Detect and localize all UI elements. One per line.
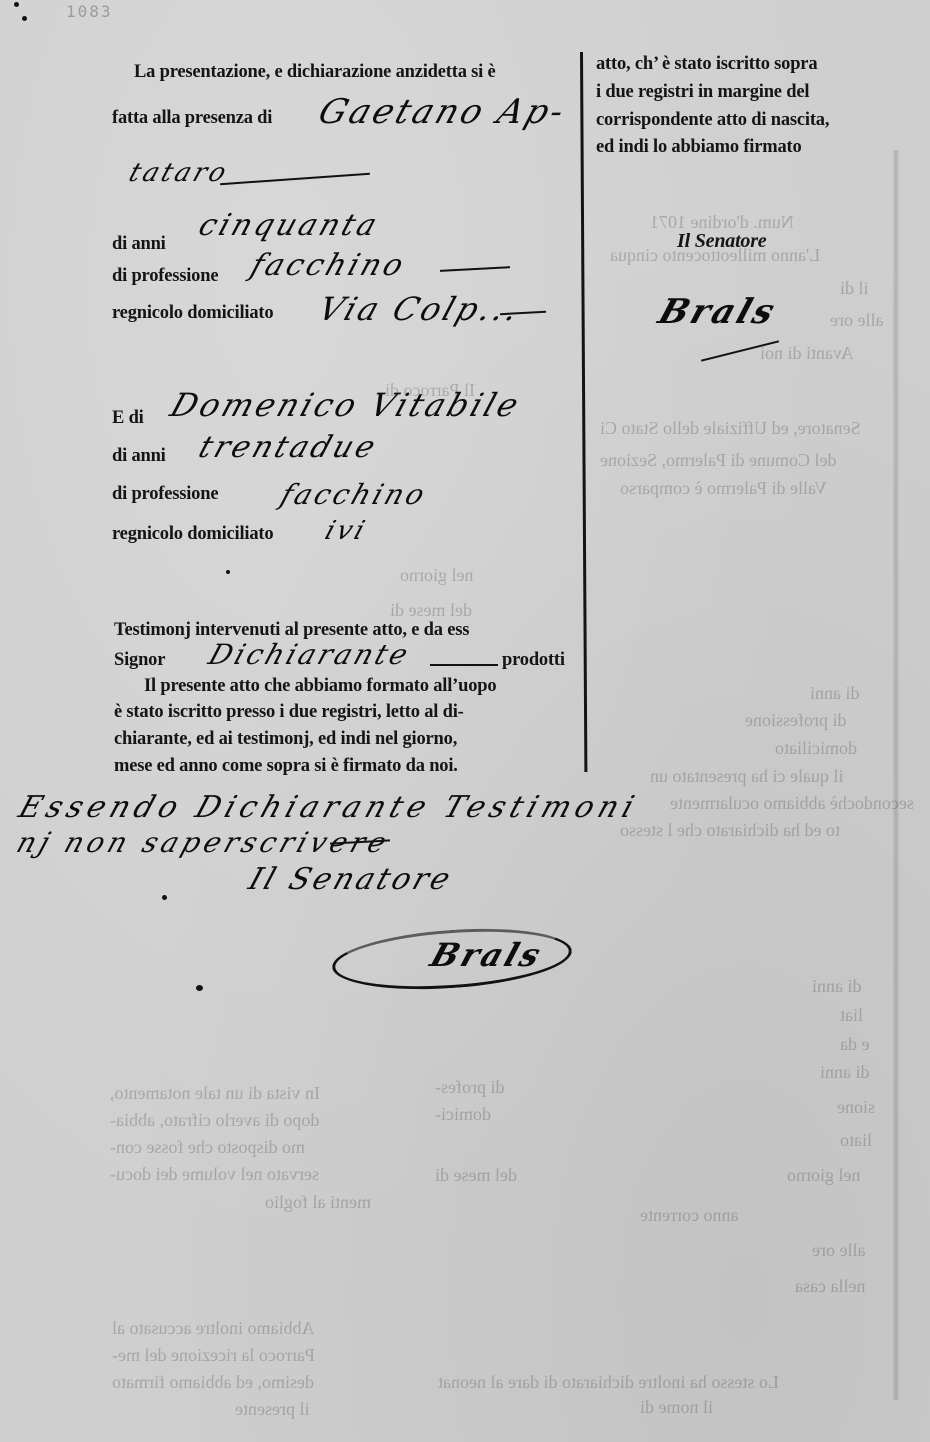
bleed-line: In vista di un tale notamento, — [110, 1083, 320, 1104]
senator-signature: Brals — [426, 936, 548, 974]
age-label: di anni — [112, 234, 166, 255]
witness-2-profession-handwritten: facchino — [277, 478, 432, 511]
signatory-title: Il Senatore — [677, 230, 766, 253]
witness-1-name-handwritten: Gaetano Ap- — [314, 92, 572, 132]
closing-line: chiarante, ed ai testimonj, ed indi nel … — [114, 729, 457, 750]
profession-label: di professione — [112, 484, 218, 505]
witness-1-age-handwritten: cinquanta — [194, 208, 384, 243]
page-number: 1083 — [66, 2, 113, 21]
bleed-line: mo disposto che fosse con- — [110, 1137, 305, 1158]
bleed-line: del mese di — [390, 600, 472, 621]
page-edge-strip — [893, 150, 899, 1400]
bleed-line: Lo stesso ha inoltre dichiarato di dare … — [438, 1372, 779, 1393]
witness-1-domicile-handwritten: Via Colp... — [314, 290, 526, 328]
signor-label: Signor — [114, 650, 165, 671]
document-page: 1083 Num. d'ordine 1071 L'anno milleotto… — [0, 0, 930, 1442]
bleed-line: di professione — [745, 710, 846, 731]
bleed-line: domiciliato — [775, 738, 857, 759]
bleed-line: Avanti di noi — [760, 343, 854, 364]
bleed-line: desimo, ed abbiamo firmato — [112, 1372, 314, 1393]
bleed-line: liat — [840, 1005, 863, 1026]
declarant-handwritten: Dichiarante — [205, 638, 415, 671]
witness-2-domicile-handwritten: ivi — [321, 516, 371, 546]
witness-2-name-handwritten: Domenico Vitabile — [166, 386, 526, 424]
senator-signature: Brals — [654, 292, 783, 332]
right-line: corrispondente atto di nascita, — [596, 110, 829, 131]
bleed-line: servato nel volume dei docu- — [110, 1164, 319, 1185]
bleed-line: nella casa — [795, 1276, 865, 1297]
ink-speck — [22, 16, 27, 21]
bleed-line: Valle di Palermo è comparso — [620, 478, 827, 499]
age-label: di anni — [112, 446, 166, 467]
bleed-line: secondochè abbiamo ocularmente — [670, 793, 914, 814]
bleed-line: nel giorno — [787, 1165, 861, 1186]
annotation-handwritten: Essendo Dichiarante Testimoni — [14, 790, 643, 825]
bleed-line: dopo di averlo cifrato, abbia- — [110, 1110, 319, 1131]
fill-line — [220, 173, 370, 185]
witness-1-name-handwritten-cont: tataro — [125, 158, 233, 188]
right-line: ed indi lo abbiamo firmato — [596, 137, 802, 158]
bleed-line: il di — [840, 278, 869, 299]
closing-line: Il presente atto che abbiamo formato all… — [144, 676, 496, 697]
closing-line: mese ed anno come sopra si è firmato da … — [114, 756, 458, 777]
bleed-line: anno corrente — [640, 1205, 738, 1226]
bleed-line: di anni — [812, 976, 862, 997]
bleed-line: nel giorno — [400, 565, 474, 586]
ink-speck — [162, 895, 167, 900]
domicile-label: regnicolo domiciliato — [112, 524, 273, 545]
bleed-line: il presente — [235, 1399, 309, 1420]
fill-line — [440, 266, 510, 272]
bleed-line: domici- — [435, 1104, 491, 1125]
intro-line: fatta alla presenza di — [112, 108, 272, 129]
bleed-line: di anni — [820, 1062, 870, 1083]
profession-label: di professione — [112, 266, 218, 287]
prodotti-label: prodotti — [502, 650, 565, 671]
bleed-line: del Comune di Palermo, Sezione — [600, 450, 836, 471]
witness-2-intro-label: E di — [112, 408, 144, 429]
bleed-line: sione — [837, 1097, 875, 1118]
bleed-line: to ed ha dichiarato che l stesso — [620, 820, 840, 841]
bleed-line: di profes- — [435, 1077, 504, 1098]
right-line: atto, ch’ è stato iscritto sopra — [596, 54, 817, 75]
bleed-line: il quale ci ha presentato un — [650, 766, 843, 787]
bleed-line: del mese di — [435, 1165, 517, 1186]
intro-line: La presentazione, e dichiarazione anzide… — [134, 62, 496, 83]
witness-2-age-handwritten: trentadue — [194, 430, 382, 465]
bleed-line: di anni — [810, 683, 860, 704]
bleed-line: liato — [840, 1130, 872, 1151]
column-divider — [580, 52, 587, 772]
bleed-line: e da — [840, 1034, 869, 1055]
bleed-line: Senatore, ed Uffiziale dello Stato Ci — [600, 418, 861, 439]
bleed-line: menti al foglio — [265, 1192, 371, 1213]
bleed-line: Parroco la ricezione del me- — [112, 1345, 315, 1366]
fill-line — [430, 664, 498, 666]
ink-speck — [196, 985, 203, 991]
bleed-line: alle ore — [812, 1240, 865, 1261]
ink-speck — [14, 2, 19, 7]
senator-handwritten: Il Senatore — [244, 862, 457, 897]
bleed-line: alle ore — [830, 310, 883, 331]
bleed-line: il nome di — [640, 1397, 713, 1418]
ink-speck — [226, 570, 230, 574]
witness-1-profession-handwritten: facchino — [246, 248, 410, 283]
bleed-line: Abbiamo inoltre accusato al — [112, 1318, 314, 1339]
right-line: i due registri in margine del — [596, 82, 809, 103]
domicile-label: regnicolo domiciliato — [112, 303, 273, 324]
closing-line: è stato iscritto presso i due registri, … — [114, 702, 464, 723]
